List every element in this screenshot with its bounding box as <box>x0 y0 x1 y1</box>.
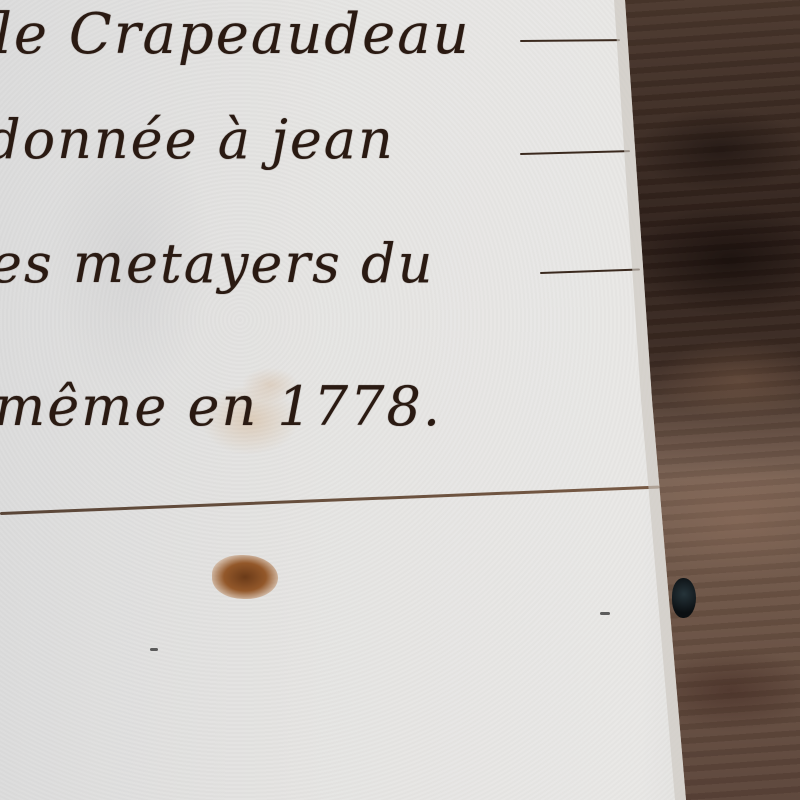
rust-stain <box>212 555 278 599</box>
handwritten-line-4: même en 1778. <box>0 375 442 438</box>
line-flourish-2 <box>520 150 630 155</box>
line-flourish-1 <box>520 39 620 42</box>
paper-speck <box>600 612 610 615</box>
handwritten-line-2: donnée à jean <box>0 108 395 171</box>
photo-scene: le Crapeaudeau donnée à jean es metayers… <box>0 0 800 800</box>
ink-separator-rule <box>0 486 660 515</box>
handwritten-line-1: le Crapeaudeau <box>0 2 471 67</box>
handwritten-line-3: es metayers du <box>0 232 434 295</box>
wood-knot <box>672 578 696 618</box>
line-flourish-3 <box>540 269 640 274</box>
paper-speck <box>150 648 158 651</box>
